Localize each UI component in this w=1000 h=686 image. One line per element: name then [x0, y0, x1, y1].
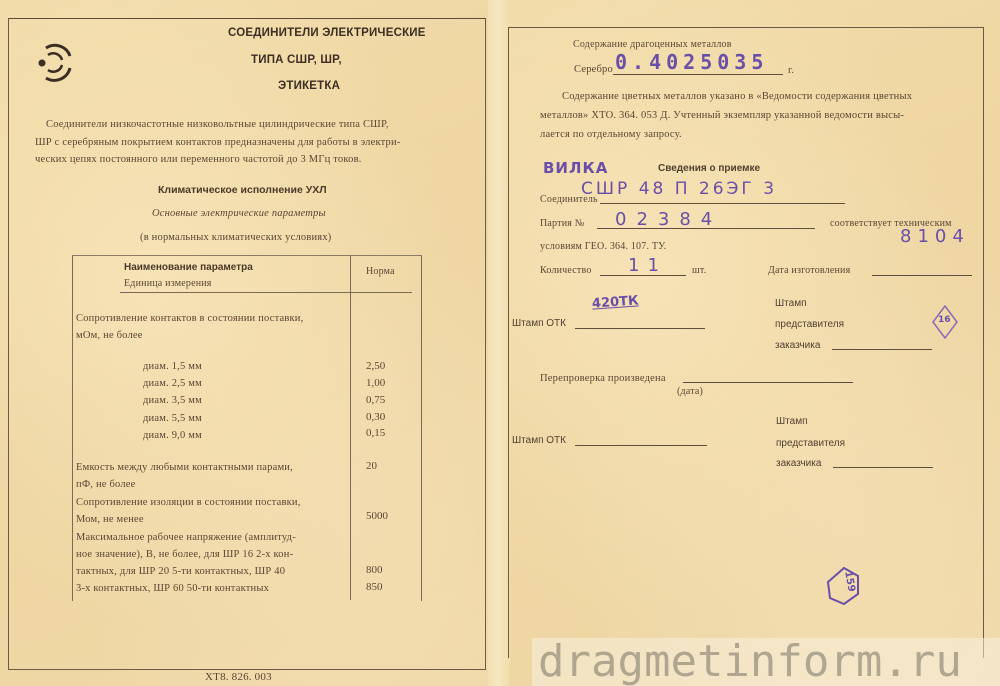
diameter-label: диам. 1,5 мм — [143, 361, 202, 372]
batch-value-stamp: 02384 — [615, 209, 722, 230]
nonferrous-line-3: лается по отдельному запросу. — [540, 129, 682, 140]
params-title: Основные электрические параметры — [152, 208, 326, 219]
diameter-value: 0,30 — [366, 411, 385, 423]
watermark-text: dragmetinform.ru — [538, 636, 962, 686]
voltage-line-1: Максимальное рабочее напряжение (амплиту… — [76, 532, 296, 543]
customer-stamp-2-label-1: Штамп — [776, 416, 807, 427]
quantity-value-stamp: 11 — [628, 255, 667, 276]
table-header-unit: Единица измерения — [124, 278, 212, 289]
quantity-unit: шт. — [692, 265, 706, 276]
diameter-value: 0,15 — [366, 427, 385, 439]
voltage-line-2: ное значение), В, не более, для ШР 16 2-… — [76, 549, 293, 560]
voltage-value-2: 850 — [366, 581, 383, 593]
quantity-label: Количество — [540, 265, 592, 276]
voltage-line-4: 3-х контактных, ШР 60 50-ти контактных — [76, 583, 269, 594]
diameter-label: диам. 9,0 мм — [143, 430, 202, 441]
intro-line-2: ШР с серебряным покрытием контактов пред… — [35, 137, 401, 148]
capacitance-value: 20 — [366, 460, 377, 472]
header-line-1: СОЕДИНИТЕЛИ ЭЛЕКТРИЧЕСКИЕ — [228, 27, 426, 39]
silver-unit: г. — [788, 65, 794, 76]
connector-value-stamp: СШР 48 П 26ЭГ 3 — [581, 179, 777, 199]
diamond-stamp-number: 16 — [938, 315, 951, 325]
diameter-value: 1,00 — [366, 377, 385, 389]
voltage-value-1: 800 — [366, 564, 383, 576]
conditions-text: условиям ГЕО. 364. 107. ТУ. — [540, 241, 667, 252]
diameter-value: 0,75 — [366, 394, 385, 406]
customer-stamp-label-2: представителя — [775, 319, 844, 330]
manufacture-date-label: Дата изготовления — [768, 265, 850, 276]
otk-stamp-line-2 — [575, 445, 707, 446]
params-subtitle: (в нормальных климатических условиях) — [140, 232, 331, 243]
batch-label: Партия № — [540, 218, 585, 229]
right-frame — [508, 27, 984, 658]
diameter-label: диам. 2,5 мм — [143, 378, 202, 389]
table-header-param: Наименование параметра — [124, 262, 253, 273]
insulation-value: 5000 — [366, 510, 388, 522]
precious-metals-title: Содержание драгоценных металлов — [573, 39, 732, 50]
header-line-3: ЭТИКЕТКА — [278, 80, 340, 92]
document-code: ХТ8. 826. 003 — [205, 671, 272, 683]
nonferrous-line-1: Содержание цветных металлов указано в «В… — [562, 91, 912, 102]
diameter-value: 2,50 — [366, 360, 385, 372]
customer-stamp-label-1: Штамп — [775, 298, 806, 309]
page-gap — [488, 0, 510, 686]
table-header-norm: Норма — [366, 266, 395, 277]
factory-logo-icon — [32, 40, 78, 84]
silver-label: Серебро — [574, 64, 613, 75]
connector-field-line — [600, 203, 845, 204]
contact-resistance-line-1: Сопротивление контактов в состоянии пост… — [76, 313, 303, 324]
capacitance-line-1: Емкость между любыми контактными парами, — [76, 462, 293, 473]
otk-stamp-line — [575, 328, 705, 329]
silver-field-line — [613, 74, 783, 75]
intro-line-3: ческих цепях постоянного или переменного… — [35, 154, 362, 165]
customer-stamp-2-label-2: представителя — [776, 438, 845, 449]
diameter-label: диам. 3,5 мм — [143, 395, 202, 406]
table-header-divider — [120, 292, 412, 293]
otk-stamp-label-2: Штамп ОТК — [512, 435, 566, 446]
climate-title: Климатическое исполнение УХЛ — [158, 184, 327, 196]
diameter-label: диам. 5,5 мм — [143, 413, 202, 424]
otk-stamp-label: Штамп ОТК — [512, 318, 566, 329]
recheck-date-hint: (дата) — [677, 386, 703, 397]
customer-stamp-2-line — [833, 467, 933, 468]
conforms-stamp: 8104 — [900, 226, 970, 247]
customer-diamond-stamp: 16 — [932, 305, 958, 339]
type-stamp: ВИЛКА — [543, 159, 608, 177]
customer-stamp-2-label-3: заказчика — [776, 458, 821, 469]
customer-stamp-line — [832, 349, 932, 350]
insulation-line-2: Мом, не менее — [76, 514, 144, 525]
manufacture-date-field-line — [872, 275, 972, 276]
bottom-hex-stamp: 159 — [822, 566, 862, 608]
contact-resistance-line-2: мОм, не более — [76, 330, 143, 341]
silver-value-stamp: 0.4025035 — [615, 50, 768, 74]
recheck-field-line — [683, 382, 853, 383]
insulation-line-1: Сопротивление изоляции в состоянии поста… — [76, 497, 301, 508]
nonferrous-line-2: металлов» ХТО. 364. 053 Д. Учтенный экзе… — [540, 110, 904, 121]
voltage-line-3: тактных, для ШР 20 5-ти контактных, ШР 4… — [76, 566, 285, 577]
watermark-band: dragmetinform.ru — [532, 638, 1000, 686]
capacitance-line-2: пФ, не более — [76, 479, 135, 490]
recheck-label: Перепроверка произведена — [540, 373, 666, 384]
acceptance-title: Сведения о приемке — [658, 163, 760, 174]
intro-line-1: Соединители низкочастотные низковольтные… — [46, 119, 389, 130]
header-line-2: ТИПА СШР, ШР, — [251, 54, 342, 66]
customer-stamp-label-3: заказчика — [775, 340, 820, 351]
table-column-divider — [350, 255, 351, 600]
